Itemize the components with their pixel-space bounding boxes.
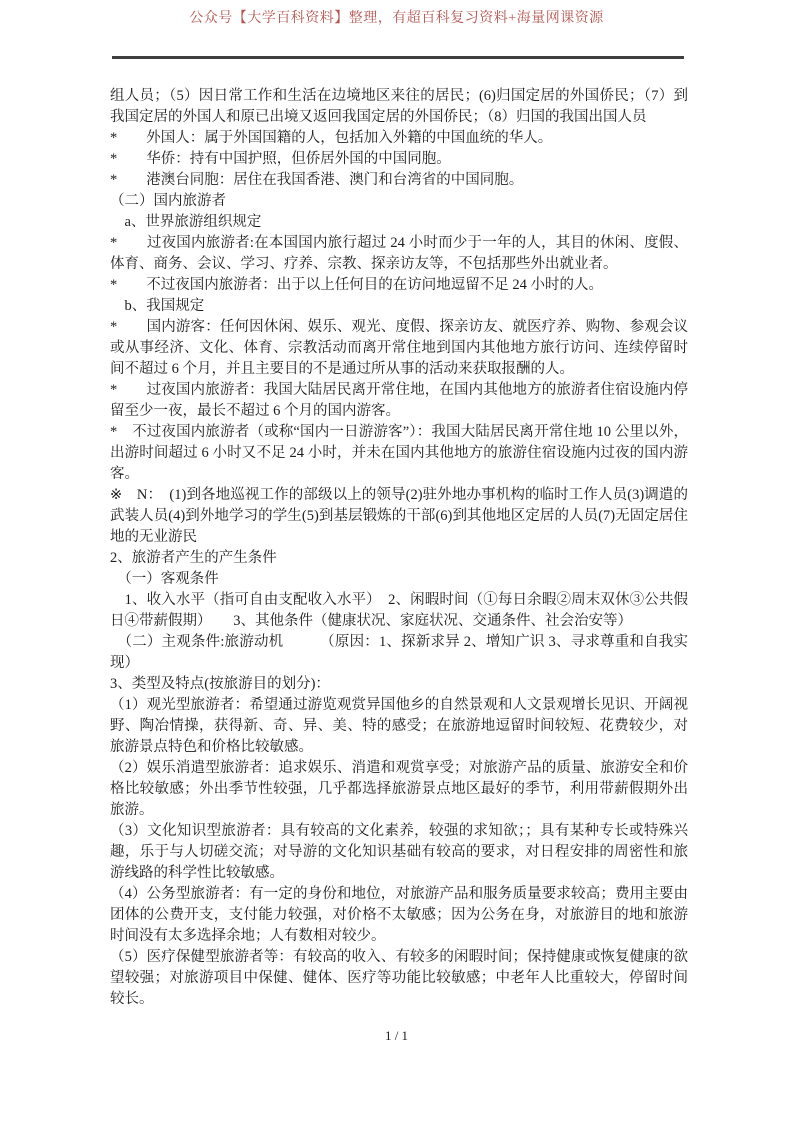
paragraph: （4）公务型旅游者：有一定的身份和地位，对旅游产品和服务质量要求较高；费用主要由… — [110, 884, 688, 947]
paragraph: * 国内游客：任何因休闲、娱乐、观光、度假、探亲访友、就医疗养、购物、参观会议或… — [110, 317, 688, 380]
paragraph: 组人员；（5）因日常工作和生活在边境地区来往的居民；(6)归国定居的外国侨民；（… — [110, 86, 688, 128]
page-footer: 1 / 1 — [0, 1028, 793, 1044]
paragraph: 3、类型及特点(按旅游目的划分)： — [110, 674, 688, 695]
paragraph: 2、旅游者产生的产生条件 — [110, 548, 688, 569]
paragraph: ※ N： (1)到各地巡视工作的部级以上的领导(2)驻外地办事机构的临时工作人员… — [110, 485, 688, 548]
paragraph: * 华侨：持有中国护照，但侨居外国的中国同胞。 — [110, 149, 688, 170]
header-divider — [112, 56, 684, 59]
paragraph: * 外国人：属于外国国籍的人，包括加入外籍的中国血统的华人。 — [110, 128, 688, 149]
paragraph: * 不过夜国内旅游者：出于以上任何目的在访问地逗留不足 24 小时的人。 — [110, 275, 688, 296]
paragraph: b、我国规定 — [110, 296, 688, 317]
paragraph: * 过夜国内旅游者:在本国国内旅行超过 24 小时而少于一年的人，其目的休闲、度… — [110, 233, 688, 275]
page-header: 公众号【大学百科资料】整理，有超百科复习资料+海量网课资源 — [0, 7, 793, 27]
paragraph: * 不过夜国内旅游者（或称“国内一日游游客”）：我国大陆居民离开常住地 10 公… — [110, 422, 688, 485]
paragraph: 1、收入水平（指可自由支配收入水平） 2、闲暇时间（①每日余暇②周末双休③公共假… — [110, 590, 688, 632]
paragraph: （3）文化知识型旅游者：具有较高的文化素养，较强的求知欲；；具有某种专长或特殊兴… — [110, 821, 688, 884]
paragraph: （二）国内旅游者 — [110, 191, 688, 212]
paragraph: （2）娱乐消遣型旅游者：追求娱乐、消遣和观赏享受；对旅游产品的质量、旅游安全和价… — [110, 758, 688, 821]
paragraph: （1）观光型旅游者：希望通过游览观赏异国他乡的自然景观和人文景观增长见识、开阔视… — [110, 695, 688, 758]
document-page: 公众号【大学百科资料】整理，有超百科复习资料+海量网课资源 组人员；（5）因日常… — [0, 0, 793, 1122]
paragraph: （二）主观条件:旅游动机 （原因：1、探新求异 2、增知广识 3、寻求尊重和自我… — [110, 632, 688, 674]
paragraph: （一）客观条件 — [110, 569, 688, 590]
paragraph: * 港澳台同胞：居住在我国香港、澳门和台湾省的中国同胞。 — [110, 170, 688, 191]
paragraph: * 过夜国内旅游者：我国大陆居民离开常住地，在国内其他地方的旅游者住宿设施内停留… — [110, 380, 688, 422]
page-number: 1 / 1 — [385, 1028, 408, 1043]
document-body: 组人员；（5）因日常工作和生活在边境地区来往的居民；(6)归国定居的外国侨民；（… — [110, 86, 688, 1010]
paragraph: a、世界旅游组织规定 — [110, 212, 688, 233]
paragraph: （5）医疗保健型旅游者等：有较高的收入、有较多的闲暇时间；保持健康或恢复健康的欲… — [110, 947, 688, 1010]
